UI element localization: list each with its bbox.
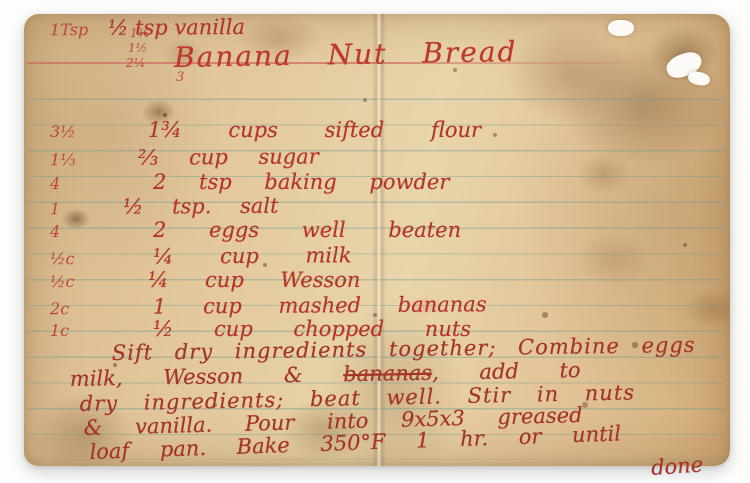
ingredient-text: 1¾ cups sifted flour — [148, 118, 481, 142]
ingredient-text: ⅔ cup sugar — [138, 144, 319, 169]
margin-scribble: 2¼ — [126, 56, 145, 70]
margin-scribble: 1½ — [128, 41, 147, 55]
ingredient-row: 42 eggs well beaten — [50, 218, 710, 242]
ingredient-text: 2 tsp baking powder — [153, 170, 449, 194]
ingredient-text: 1 cup mashed bananas — [153, 292, 487, 318]
ingredient-row: 2c1 cup mashed bananas — [50, 291, 710, 320]
ingredient-text: ½ tsp vanilla — [108, 15, 245, 40]
margin-quantity: ½c — [50, 272, 108, 291]
ingredient-row: 1⅓⅔ cup sugar — [50, 142, 710, 171]
ingredient-row: 1Tsp½ tsp vanilla — [50, 12, 710, 41]
recipe-title: Banana Nut Bread — [174, 35, 518, 74]
margin-quantity: 1 — [50, 199, 108, 218]
margin-quantity: ½c — [50, 249, 108, 268]
margin-quantity: 4 — [50, 222, 108, 241]
instructions-text: milk, Wesson & — [70, 363, 303, 391]
margin-quantity: 1Tsp — [50, 20, 108, 39]
margin-quantity: 1c — [50, 321, 108, 340]
ingredient-text: ½ tsp. salt — [123, 194, 279, 219]
ingredient-text: 2 eggs well beaten — [153, 218, 461, 242]
handwriting-layer: 1¾ 1½ 2¼ 3 Banana Nut Bread 3½1¾ cups si… — [24, 14, 730, 466]
ingredient-row: ½c¼ cup milk — [50, 241, 710, 270]
ingredient-text: ¼ cup milk — [153, 243, 352, 268]
recipe-card-paper: 1¾ 1½ 2¼ 3 Banana Nut Bread 3½1¾ cups si… — [24, 14, 730, 466]
struck-word: bananas — [343, 361, 432, 387]
ingredient-row: 3½1¾ cups sifted flour — [50, 118, 710, 142]
recipe-photo: 1¾ 1½ 2¼ 3 Banana Nut Bread 3½1¾ cups si… — [0, 0, 750, 483]
margin-quantity: 3½ — [50, 122, 108, 141]
instructions-line: done — [650, 452, 704, 480]
instructions-text: , add to — [432, 358, 581, 385]
margin-quantity: 1⅓ — [50, 150, 108, 169]
ingredient-row: ½c¼ cup Wesson — [50, 268, 710, 292]
margin-quantity: 4 — [50, 174, 108, 193]
margin-quantity: 2c — [50, 299, 108, 318]
ingredient-text: ¼ cup Wesson — [148, 268, 360, 292]
ingredient-row: 1½ tsp. salt — [50, 191, 710, 220]
